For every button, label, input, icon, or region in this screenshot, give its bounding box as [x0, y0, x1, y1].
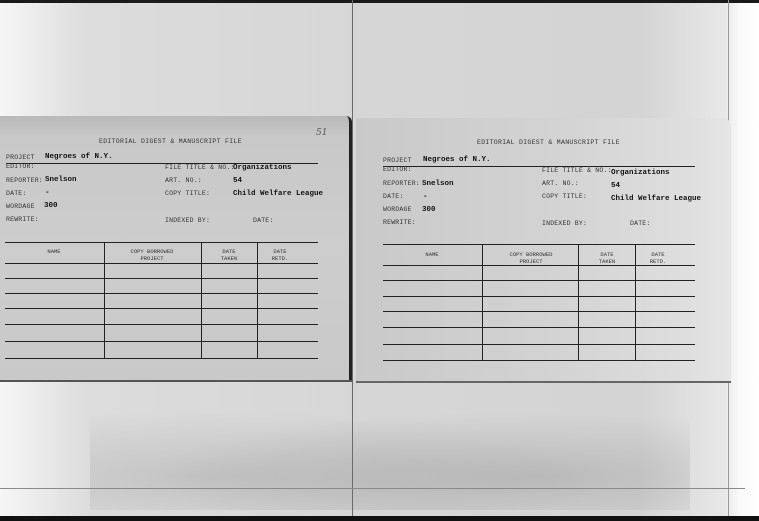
rewrite-label: REWRITE: [383, 219, 416, 226]
table-row [383, 344, 695, 345]
column-header-date-taken: DATE TAKEN [579, 251, 635, 265]
file-title-value: Organizations [611, 169, 670, 177]
pencil-annotation: 51 [316, 128, 327, 138]
table-row [5, 341, 318, 342]
table-top-rule [5, 242, 318, 243]
editor-label: EDITOR: [383, 166, 412, 173]
copy-title-label: COPY TITLE: [542, 193, 587, 200]
column-divider [104, 242, 105, 358]
page-bottom-rule [0, 488, 745, 489]
date-label: DATE: [383, 193, 404, 200]
reporter-value: Snelson [422, 180, 454, 188]
art-no-label: ART. NO.: [165, 177, 202, 184]
copy-title-label: COPY TITLE: [165, 190, 210, 197]
wordage-value: 300 [44, 202, 58, 210]
table-bottom-rule [5, 358, 318, 359]
project-label: PROJECT [6, 154, 35, 161]
scan-top-edge [0, 0, 759, 3]
indexed-date-label: DATE: [630, 220, 651, 227]
file-title-label: FILE TITLE & NO.: [542, 167, 612, 174]
rewrite-label: REWRITE: [6, 216, 39, 223]
column-divider [578, 244, 579, 360]
art-no-value: 54 [233, 177, 242, 185]
wordage-label: WORDAGE [383, 206, 412, 213]
column-header-date-taken: DATE TAKEN [201, 248, 257, 262]
column-header-copy-borrowed: COPY BORROWED PROJECT [483, 251, 579, 265]
copy-title-value: Child Welfare League [233, 190, 323, 198]
card-heading: EDITORIAL DIGEST & MANUSCRIPT FILE [477, 139, 620, 146]
manuscript-card-right: EDITORIAL DIGEST & MANUSCRIPT FILE PROJE… [356, 118, 731, 381]
table-row [5, 324, 318, 325]
column-divider [201, 242, 202, 358]
file-title-label: FILE TITLE & NO.: [165, 164, 235, 171]
table-row [5, 278, 318, 279]
project-value: Negroes of N.Y. [45, 153, 113, 161]
column-header-name: NAME [383, 251, 481, 258]
reporter-label: REPORTER: [383, 180, 420, 187]
date-value: - [45, 189, 50, 197]
column-divider [257, 242, 258, 358]
table-row [5, 308, 318, 309]
table-row [5, 263, 318, 264]
column-header-date-returned: DATE RETD. [258, 248, 302, 262]
project-label: PROJECT [383, 157, 412, 164]
table-top-rule [383, 244, 695, 245]
column-header-date-returned: DATE RETD. [636, 251, 680, 265]
art-no-value: 54 [611, 182, 620, 190]
indexed-by-label: INDEXED BY: [165, 217, 210, 224]
table-row [383, 265, 695, 266]
editor-label: EDITOR: [6, 163, 35, 170]
indexed-date-label: DATE: [253, 217, 274, 224]
reporter-value: Snelson [45, 176, 77, 184]
scan-noise [90, 400, 690, 510]
file-title-value: Organizations [233, 164, 292, 172]
date-value: - [423, 193, 428, 201]
table-bottom-rule [383, 360, 695, 361]
wordage-value: 300 [422, 206, 436, 214]
reporter-label: REPORTER: [6, 177, 43, 184]
copy-title-value: Child Welfare League [611, 195, 701, 203]
project-underline [383, 166, 695, 167]
project-value: Negroes of N.Y. [423, 156, 491, 164]
wordage-label: WORDAGE [6, 203, 35, 210]
art-no-label: ART. NO.: [542, 180, 579, 187]
column-header-name: NAME [5, 248, 103, 255]
table-row [383, 280, 695, 281]
date-label: DATE: [6, 190, 27, 197]
manuscript-card-left: EDITORIAL DIGEST & MANUSCRIPT FILE 51 PR… [0, 116, 352, 380]
table-row [5, 293, 318, 294]
column-divider [482, 244, 483, 360]
column-header-copy-borrowed: COPY BORROWED PROJECT [104, 248, 200, 262]
column-divider [635, 244, 636, 360]
table-row [383, 327, 695, 328]
table-row [383, 296, 695, 297]
indexed-by-label: INDEXED BY: [542, 220, 587, 227]
card-heading: EDITORIAL DIGEST & MANUSCRIPT FILE [99, 138, 242, 145]
scan-bottom-edge [0, 516, 759, 521]
table-row [383, 311, 695, 312]
page-gutter [352, 0, 353, 521]
